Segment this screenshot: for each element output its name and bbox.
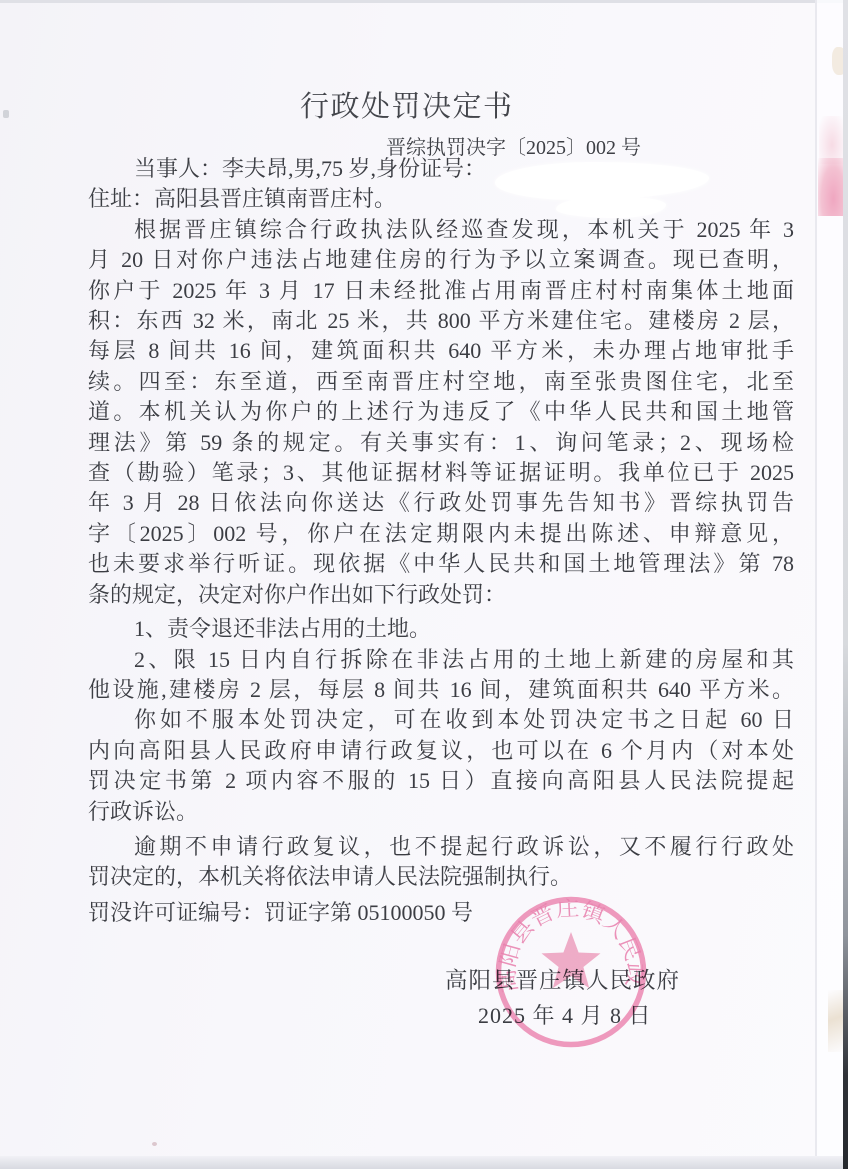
body-line: 你如不服本处罚决定，可在收到本处罚决定书之日起 60 日 xyxy=(88,705,794,735)
scan-pink-smudge-faint xyxy=(819,116,845,164)
body-line: 行政诉讼。 xyxy=(88,797,794,827)
penalty-license-line: 罚没许可证编号：罚证字第 05100050 号 xyxy=(88,898,794,928)
scan-edge-bottom xyxy=(0,1156,848,1169)
body-line: 每层 8 间共 16 间，建筑面积共 640 平方米，未办理占地审批手 xyxy=(88,336,794,366)
document-body: 当事人：李夫昂,男,75 岁,身份证号：， 住址：高阳县晋庄镇南晋庄村。 根据晋… xyxy=(88,154,794,928)
body-line: 你户于 2025 年 3 月 17 日未经批准占用南晋庄村村南集体土地面 xyxy=(88,276,794,306)
penalty-item-1: 1、责令退还非法占用的土地。 xyxy=(88,614,794,644)
scan-edge-top xyxy=(0,0,848,3)
body-line: 内向高阳县人民政府申请行政复议，也可以在 6 个月内（对本处 xyxy=(88,736,794,766)
body-line: 年 3 月 28 日依法向你送达《行政处罚事先告知书》晋综执罚告 xyxy=(88,488,794,518)
document-title: 行政处罚决定书 xyxy=(300,84,514,125)
scan-edge-right xyxy=(843,0,848,1169)
scan-speck xyxy=(152,1142,157,1146)
penalty-item-2: 2、限 15 日内自行拆除在非法占用的土地上新建的房屋和其 xyxy=(88,645,794,675)
seal-star-icon xyxy=(542,932,601,988)
body-line: 他设施,建楼房 2 层，每层 8 间共 16 间，建筑面积共 640 平方米。 xyxy=(88,675,794,705)
body-line: 逾期不申请行政复议，也不提起行政诉讼，又不履行行政处 xyxy=(88,832,794,862)
scan-pink-smudge xyxy=(818,158,846,216)
body-line: 也未要求举行听证。现依据《中华人民共和国土地管理法》第 78 xyxy=(88,549,794,579)
body-line: 理法》第 59 条的规定。有关事实有：1、询问笔录；2、现场检 xyxy=(88,428,794,458)
body-line: 字〔2025〕002 号，你户在法定期限内未提出陈述、申辩意见， xyxy=(88,519,794,549)
scan-crease xyxy=(815,0,817,1169)
body-line: 查（勘验）笔录；3、其他证据材料等证据证明。我单位已于 2025 xyxy=(88,458,794,488)
body-line: 积：东西 32 米，南北 25 米，共 800 平方米建住宅。建楼房 2 层， xyxy=(88,306,794,336)
party-text: 当事人：李夫昂,男,75 岁,身份证号： xyxy=(134,156,486,181)
body-line: 根据晋庄镇综合行政执法队经巡查发现，本机关于 2025 年 3 xyxy=(88,215,794,245)
body-line: 道。本机关认为你户的上述行为违反了《中华人民共和国土地管 xyxy=(88,397,794,427)
body-line: 罚决定的，本机关将依法申请人民法院强制执行。 xyxy=(88,862,794,892)
body-line: 罚决定书第 2 项内容不服的 15 日）直接向高阳县人民法院提起 xyxy=(88,766,794,796)
body-line: 月 20 日对你户违法占地建住房的行为予以立案调查。现已查明， xyxy=(88,245,794,275)
document-page: 行政处罚决定书 晋综执罚决字〔2025〕002 号 当事人：李夫昂,男,75 岁… xyxy=(0,0,848,1169)
official-seal: 高阳县晋庄镇人民政府 xyxy=(493,894,649,1050)
body-line: 条的规定，决定对你户作出如下行政处罚： xyxy=(88,580,794,610)
scan-left-mark xyxy=(3,110,9,118)
body-line: 续。四至：东至道，西至南晋庄村空地，南至张贵图住宅，北至 xyxy=(88,367,794,397)
